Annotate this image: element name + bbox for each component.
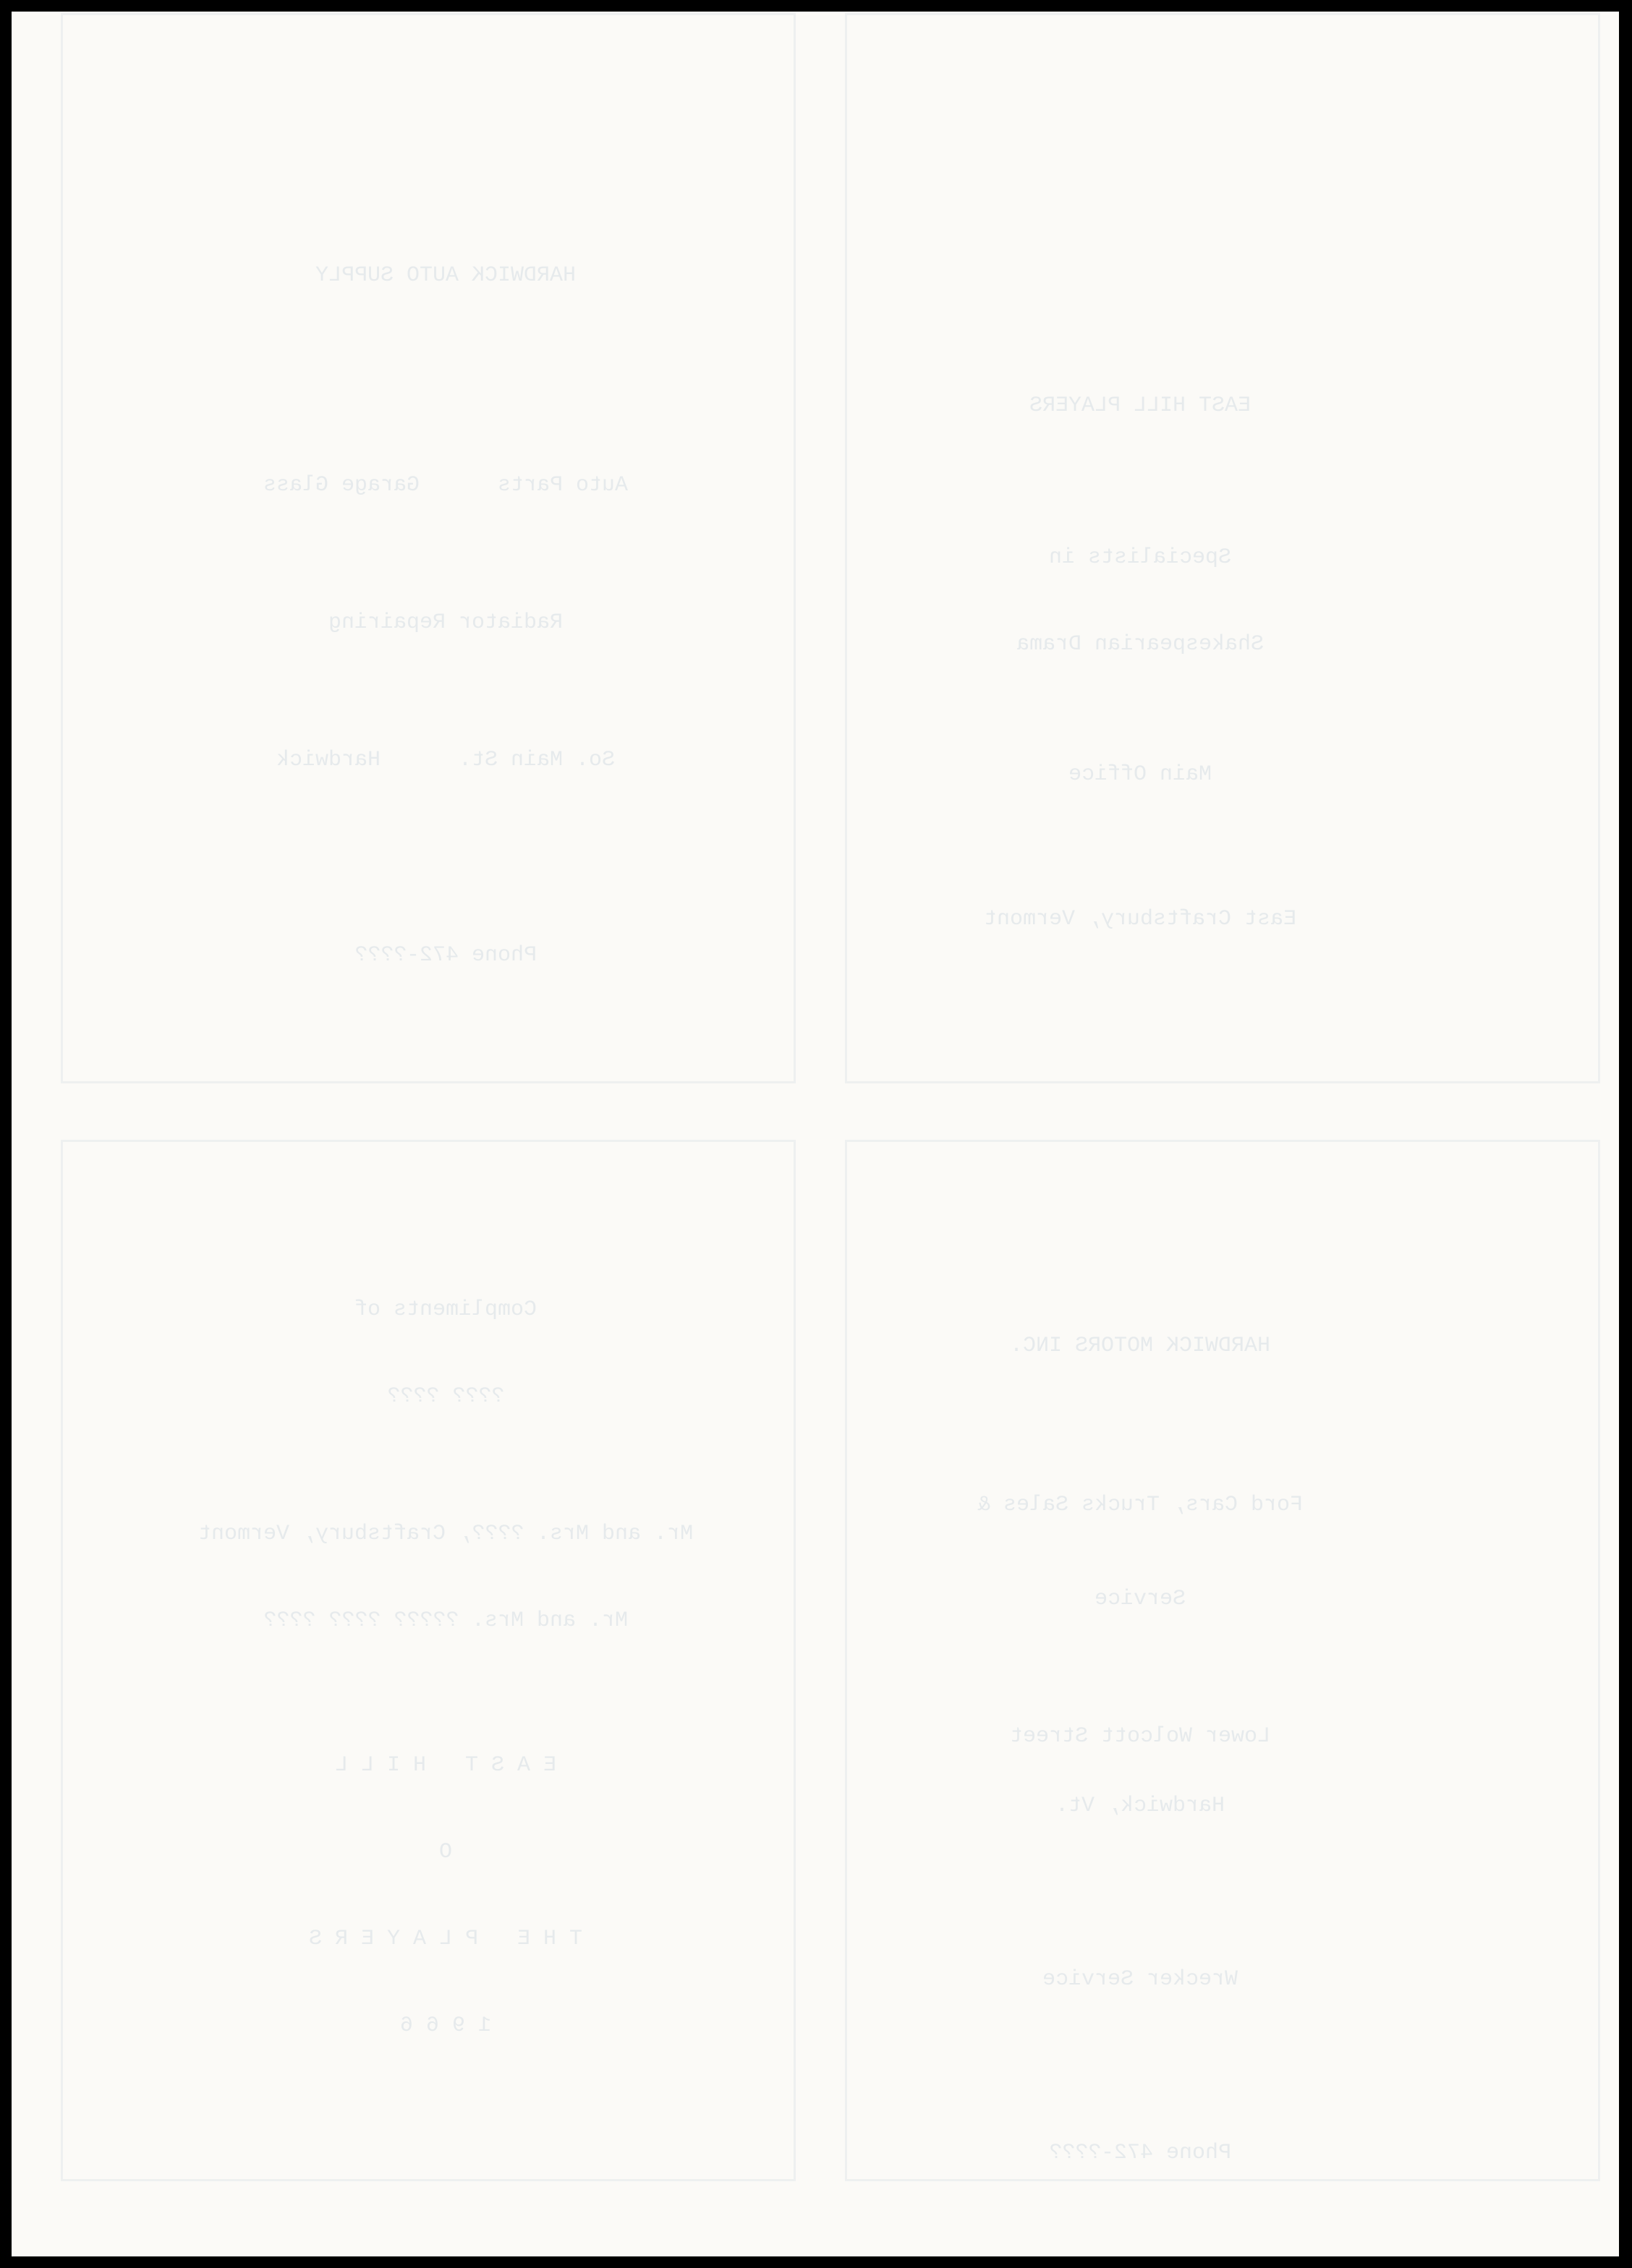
show-through-bottom-left: Compliments of ???? ???? Mr. and Mrs. ??… [106, 1255, 786, 2080]
show-through-top-right: EAST HILL PLAYERS Specialists in Shakesp… [865, 351, 1415, 973]
ghost-line: O [106, 1841, 786, 1863]
ghost-line: Specialists in [865, 547, 1415, 568]
ghost-line: Ford Cars, Trucks Sales & [865, 1494, 1415, 1516]
ghost-line: Service [865, 1588, 1415, 1610]
show-through-bottom-right: HARDWICK MOTORS INC. Ford Cars, Trucks S… [865, 1292, 1415, 2207]
ghost-line: Auto Parts Garage Glass [120, 474, 771, 496]
ghost-line: ???? ???? [106, 1386, 786, 1407]
ghost-line: EAST HILL PLAYERS [865, 395, 1415, 417]
ghost-line: East Craftsbury, Vermont [865, 908, 1415, 930]
ghost-line: Wrecker Service [865, 1969, 1415, 1990]
ghost-line: Mr. and Mrs. ????, Craftsbury, Vermont [106, 1523, 786, 1545]
ghost-line: Main Office [865, 764, 1415, 785]
ghost-line: Hardwick, Vt. [865, 1795, 1415, 1817]
ghost-line: Phone 472-???? [865, 2142, 1415, 2164]
ghost-line: Compliments of [106, 1299, 786, 1321]
show-through-top-left: HARDWICK AUTO SUPPLY Auto Parts Garage G… [120, 221, 771, 1010]
ghost-line: So. Main St. Hardwick [120, 749, 771, 771]
ghost-line: Phone 472-???? [120, 945, 771, 966]
ghost-line: Shakespearian Drama [865, 634, 1415, 655]
ghost-line: 1 9 6 6 [106, 2015, 786, 2037]
ghost-line: HARDWICK MOTORS INC. [865, 1335, 1415, 1357]
ghost-line: T H E P L A Y E R S [106, 1928, 786, 1950]
ghost-line: Radiator Repairing [120, 612, 771, 634]
ghost-line: Mr. and Mrs. ????? ???? ???? [106, 1610, 786, 1632]
scanned-page: HARDWICK AUTO SUPPLY Auto Parts Garage G… [12, 12, 1619, 2256]
ghost-line: Lower Wolcott Street [865, 1726, 1415, 1747]
ghost-line: E A S T H I L L [106, 1755, 786, 1776]
ghost-line: HARDWICK AUTO SUPPLY [120, 265, 771, 286]
